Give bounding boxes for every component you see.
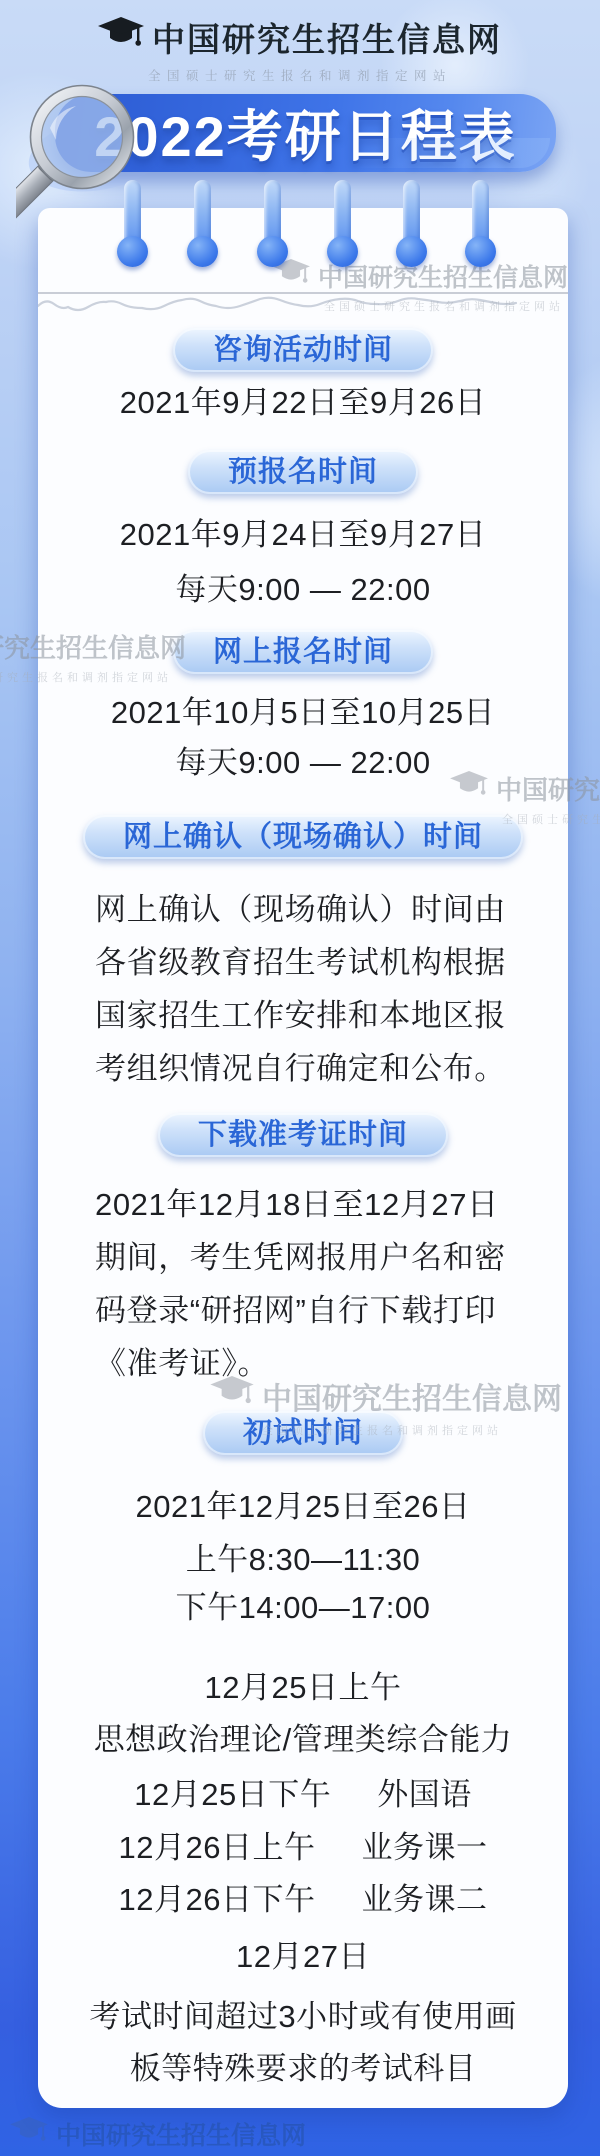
watermark-text: 中国研究生招生信息网 [56, 2116, 306, 2152]
schedule-row-subject: 业务课二 [361, 1883, 487, 1917]
exam-afternoon-hours: 下午14:00—17:00 [38, 1591, 568, 1625]
schedule-card: 咨询活动时间 2021年9月22日至9月26日 预报名时间 2021年9月24日… [38, 208, 568, 2108]
schedule-row-subject: 外国语 [377, 1778, 472, 1812]
magnifier-icon [16, 76, 166, 281]
schedule-row: 12月26日下午 业务课二 [38, 1883, 568, 1917]
schedule-row-date: 12月27日 [38, 1940, 568, 1974]
card-content: 咨询活动时间 2021年9月22日至9月26日 预报名时间 2021年9月24日… [38, 328, 568, 2105]
graduation-cap-icon [98, 17, 144, 58]
preregistration-hours: 每天9:00 — 22:00 [38, 573, 568, 607]
schedule-row-subject: 业务课一 [361, 1831, 487, 1865]
exam-dates: 2021年12月25日至26日 [38, 1490, 568, 1524]
binder-peg [395, 180, 427, 270]
binder-peg [326, 180, 358, 270]
schedule-row: 12月26日上午 业务课一 [38, 1831, 568, 1865]
site-logo: 中国研究生招生信息网 全国硕士研究生报名和调剂指定网站 [0, 14, 600, 84]
watermark: 中国研究生招生信息网 [10, 2116, 306, 2152]
schedule-row-date: 12月26日上午 [119, 1831, 316, 1865]
exam-morning-hours: 上午8:30—11:30 [38, 1543, 568, 1577]
schedule-row: 12月25日下午 外国语 [38, 1778, 568, 1812]
torn-paper-edge [38, 296, 568, 316]
preregistration-dates: 2021年9月24日至9月27日 [38, 518, 568, 552]
schedule-row-date: 12月25日下午 [134, 1778, 331, 1812]
site-logo-text: 中国研究生招生信息网 [152, 14, 502, 61]
admission-ticket-paragraph: 2021年12月18日至12月27日期间，考生凭网报用户名和密码登录“研招网”自… [95, 1178, 511, 1390]
online-registration-hours: 每天9:00 — 22:00 [38, 746, 568, 780]
binder-peg [256, 180, 288, 270]
consultation-dates: 2021年9月22日至9月26日 [38, 386, 568, 420]
schedule-row-date: 12月26日下午 [119, 1883, 316, 1917]
binder-peg [186, 180, 218, 270]
binder-peg [464, 180, 496, 270]
section-title-admission-ticket: 下载准考证时间 [158, 1113, 448, 1157]
schedule-row-subject: 思想政治理论/管理类综合能力 [38, 1723, 568, 1757]
section-title-consultation: 咨询活动时间 [173, 328, 433, 372]
poster-page: 中国研究生招生信息网 全国硕士研究生报名和调剂指定网站 2022考研日程表 [0, 0, 600, 2156]
confirmation-paragraph: 网上确认（现场确认）时间由各省级教育招生考试机构根据国家招生工作安排和本地区报考… [95, 883, 511, 1095]
schedule-row-subject: 考试时间超过3小时或有使用画板等特殊要求的考试科目 [78, 1991, 528, 2095]
graduation-cap-icon [10, 2117, 48, 2152]
section-title-initial-exam: 初试时间 [203, 1411, 403, 1455]
schedule-row-date: 12月25日上午 [38, 1671, 568, 1705]
online-registration-dates: 2021年10月5日至10月25日 [38, 696, 568, 730]
section-title-confirmation: 网上确认（现场确认）时间 [83, 815, 523, 859]
section-title-preregistration: 预报名时间 [188, 450, 418, 494]
section-title-online-registration: 网上报名时间 [173, 630, 433, 674]
